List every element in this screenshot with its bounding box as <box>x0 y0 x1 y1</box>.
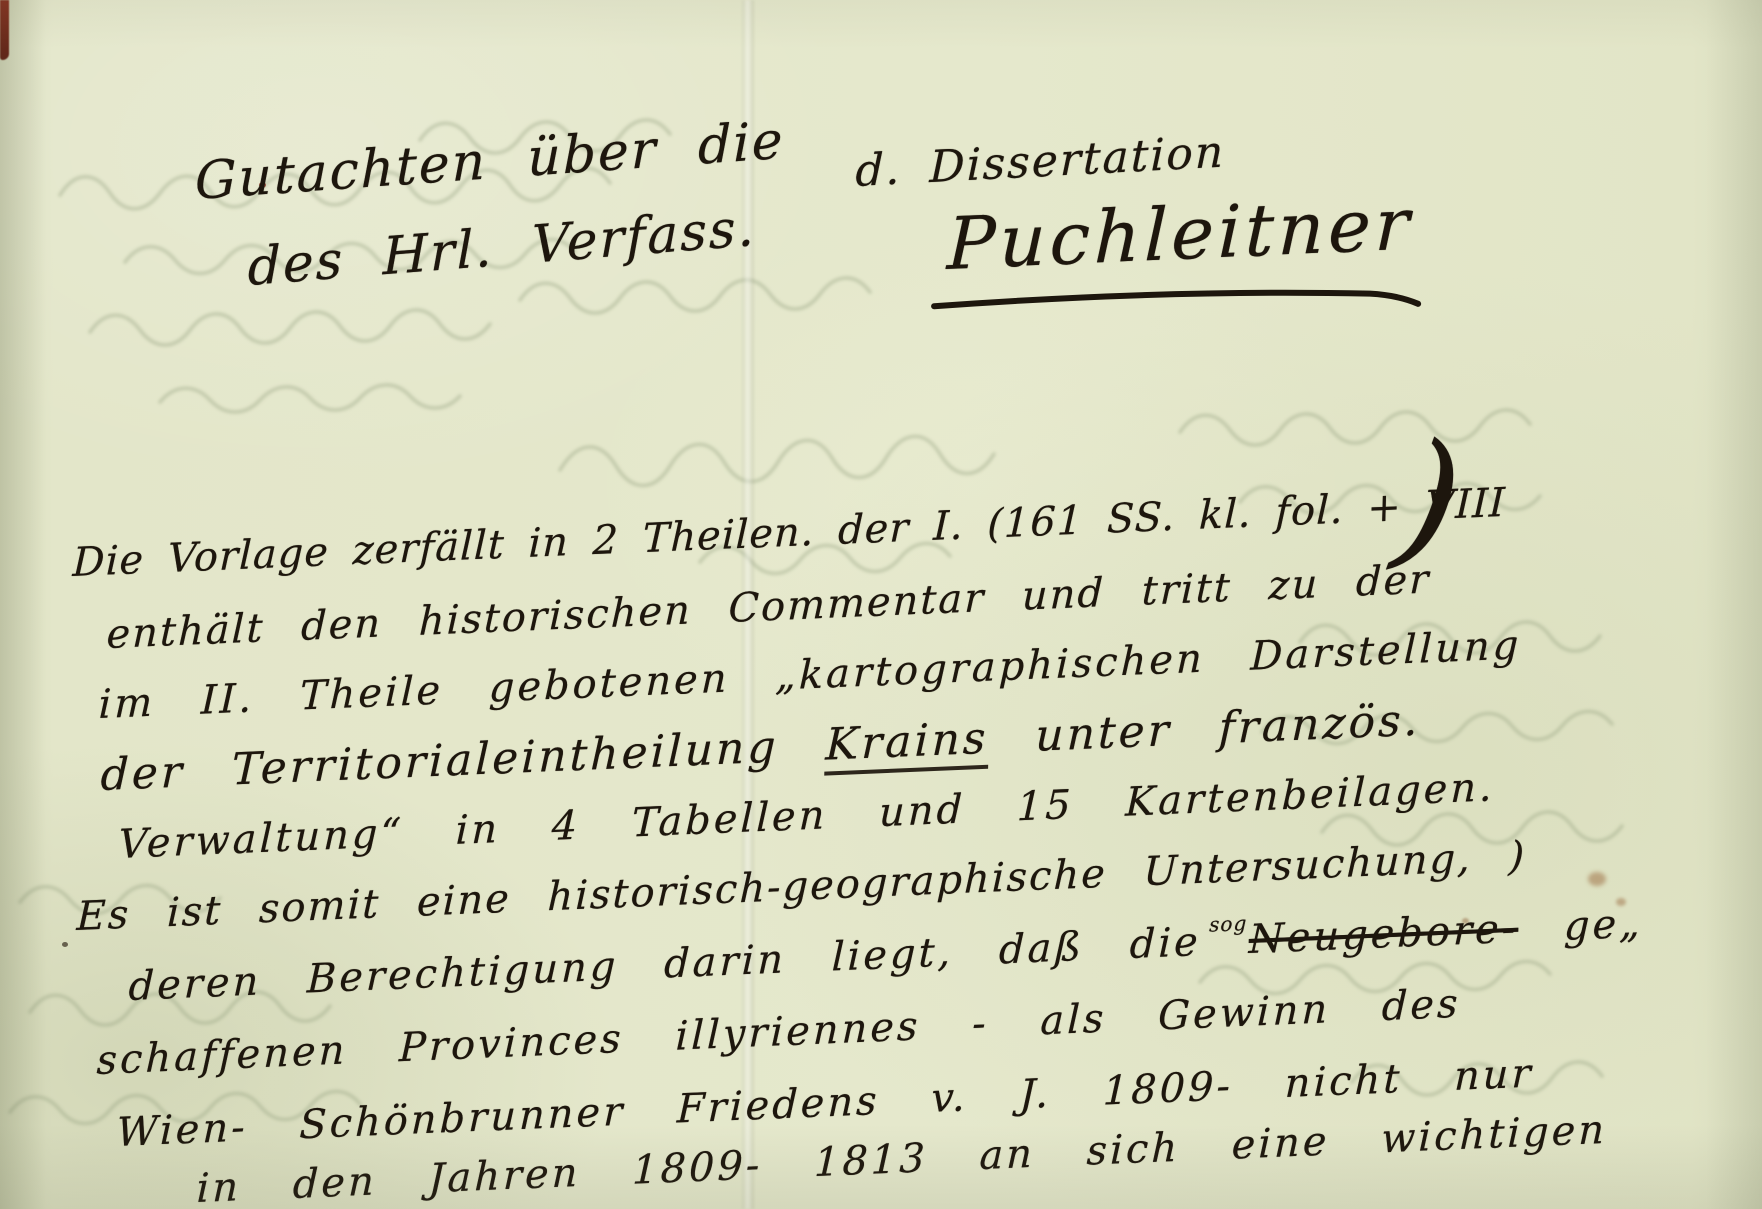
inserted-word-above: sog <box>1209 911 1248 937</box>
ink-stain-speck <box>62 942 68 947</box>
body-line-7-post: ge„ <box>1518 900 1644 951</box>
ink-stain-speck <box>1588 872 1606 886</box>
manuscript-page: Gutachten über die d. Dissertation des H… <box>0 0 1762 1209</box>
underlined-word-krains: Krains <box>825 713 990 776</box>
binding-mark <box>0 0 9 60</box>
